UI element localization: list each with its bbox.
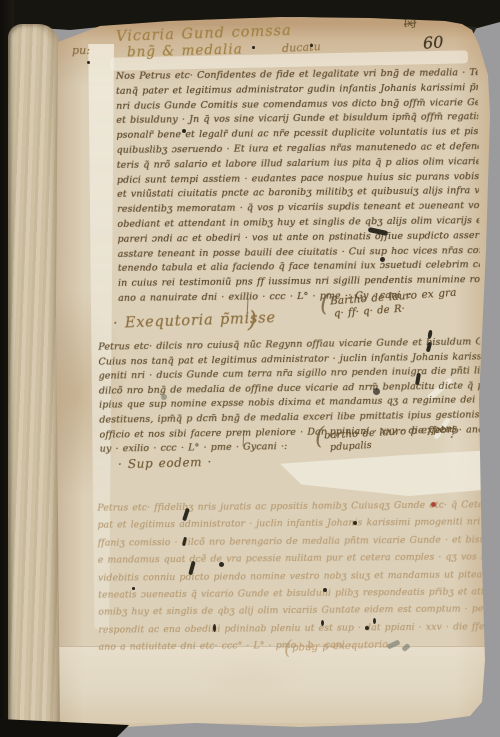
signature2-paraph: ( — [315, 422, 324, 450]
worm-hole — [213, 624, 216, 632]
signature2-line2: pdupalis — [330, 440, 372, 453]
repair-band-bottom — [54, 646, 490, 723]
ink-blot — [182, 129, 186, 133]
underlying-page-fore-edge — [8, 24, 60, 734]
manuscript-line: respondit ac ena obedini pdininab pleniu… — [98, 618, 490, 639]
ink-blot — [323, 588, 327, 592]
header-side-note: ducatu — [282, 40, 322, 55]
folio-number: 60 — [422, 32, 444, 52]
ink-blot — [132, 587, 135, 590]
entry2-text-block: Petrus etc· dilcis nro cuiusq̃ nũc Regyn… — [98, 335, 482, 457]
ink-blot — [219, 562, 224, 567]
heading-sup-eodem: · Sup eodem · — [118, 455, 212, 471]
worm-hole — [373, 618, 376, 624]
stain-spot — [161, 394, 167, 400]
entry1-text-block: Nos Petrus etc· Confidentes de fide et l… — [116, 66, 480, 307]
red-wax-spot — [431, 502, 436, 507]
ink-blot — [380, 257, 385, 262]
ink-blot — [310, 44, 313, 47]
entry3-text-block: Petrus etc· ffidelibʒ nris juratis ac pp… — [97, 496, 490, 656]
worm-hole — [321, 620, 324, 626]
entry-title-line2: bng̃ & medalia — [127, 41, 243, 60]
faint-note-paraph: ( — [284, 635, 292, 659]
ink-smudge — [373, 388, 380, 395]
manuscript-photo: pu: Vicaria Gund comssa bng̃ & medalia d… — [0, 0, 500, 737]
signature1-paraph: ( — [320, 289, 329, 317]
heading-flourish: ) — [248, 308, 257, 333]
ink-blot — [87, 61, 90, 64]
margin-note: pu: — [72, 44, 90, 57]
ink-blot — [252, 46, 255, 49]
ink-blot — [353, 521, 357, 525]
manuscript-page: pu: Vicaria Gund comssa bng̃ & medalia d… — [50, 14, 494, 730]
ink-blot — [365, 626, 369, 630]
